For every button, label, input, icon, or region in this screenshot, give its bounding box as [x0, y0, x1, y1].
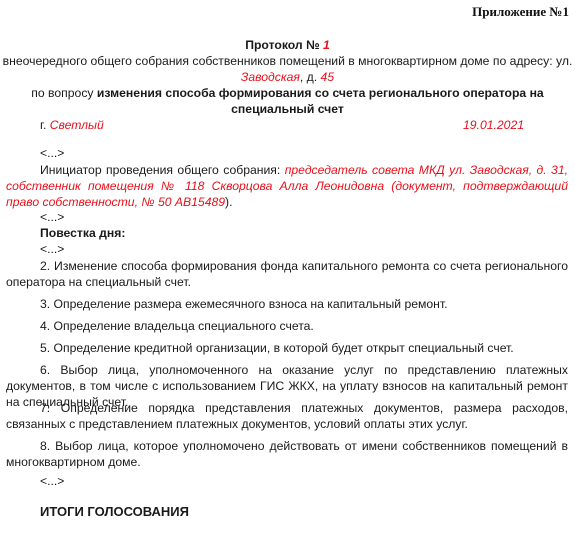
house-prefix: , д.	[300, 70, 321, 84]
agenda-item: 5. Определение кредитной организации, в …	[6, 340, 568, 356]
agenda-item: 4. Определение владельца специального сч…	[6, 318, 568, 334]
house-number: 45	[321, 70, 335, 84]
topic-line-2: специальный счет	[0, 102, 575, 116]
initiator-label: Инициатор проведения общего собрания:	[40, 163, 285, 177]
agenda-item: 3. Определение размера ежемесячного взно…	[6, 296, 568, 312]
city-line: г. Светлый	[40, 118, 104, 132]
protocol-date: 19.01.2021	[463, 118, 524, 132]
ellipsis-3: <...>	[40, 242, 64, 256]
address-line: Заводская, д. 45	[0, 70, 575, 84]
protocol-title: Протокол № 1	[0, 38, 575, 52]
appendix-label: Приложение №1	[472, 4, 569, 20]
initiator-suffix: ).	[225, 195, 232, 209]
initiator-paragraph: Инициатор проведения общего собрания: пр…	[6, 162, 568, 210]
agenda-title: Повестка дня:	[40, 226, 125, 240]
city-prefix: г.	[40, 118, 50, 132]
protocol-number: 1	[323, 38, 330, 52]
ellipsis-1: <...>	[40, 146, 64, 160]
city: Светлый	[50, 118, 104, 132]
ellipsis-2: <...>	[40, 210, 64, 224]
agenda-item: 7. Определение порядка представления пла…	[6, 400, 568, 432]
results-title: ИТОГИ ГОЛОСОВАНИЯ	[40, 504, 189, 519]
topic-line-1: по вопросу изменения способа формировани…	[0, 86, 575, 100]
ellipsis-4: <...>	[40, 474, 64, 488]
agenda-item: 2. Изменение способа формирования фонда …	[6, 258, 568, 290]
street: Заводская	[241, 70, 300, 84]
protocol-title-prefix: Протокол №	[245, 38, 323, 52]
agenda-item: 8. Выбор лица, которое уполномочено дейс…	[6, 438, 568, 470]
topic-prefix: по вопросу	[31, 86, 97, 100]
topic-text: изменения способа формирования со счета …	[97, 86, 544, 100]
protocol-subtitle: внеочередного общего собрания собственни…	[0, 54, 575, 68]
